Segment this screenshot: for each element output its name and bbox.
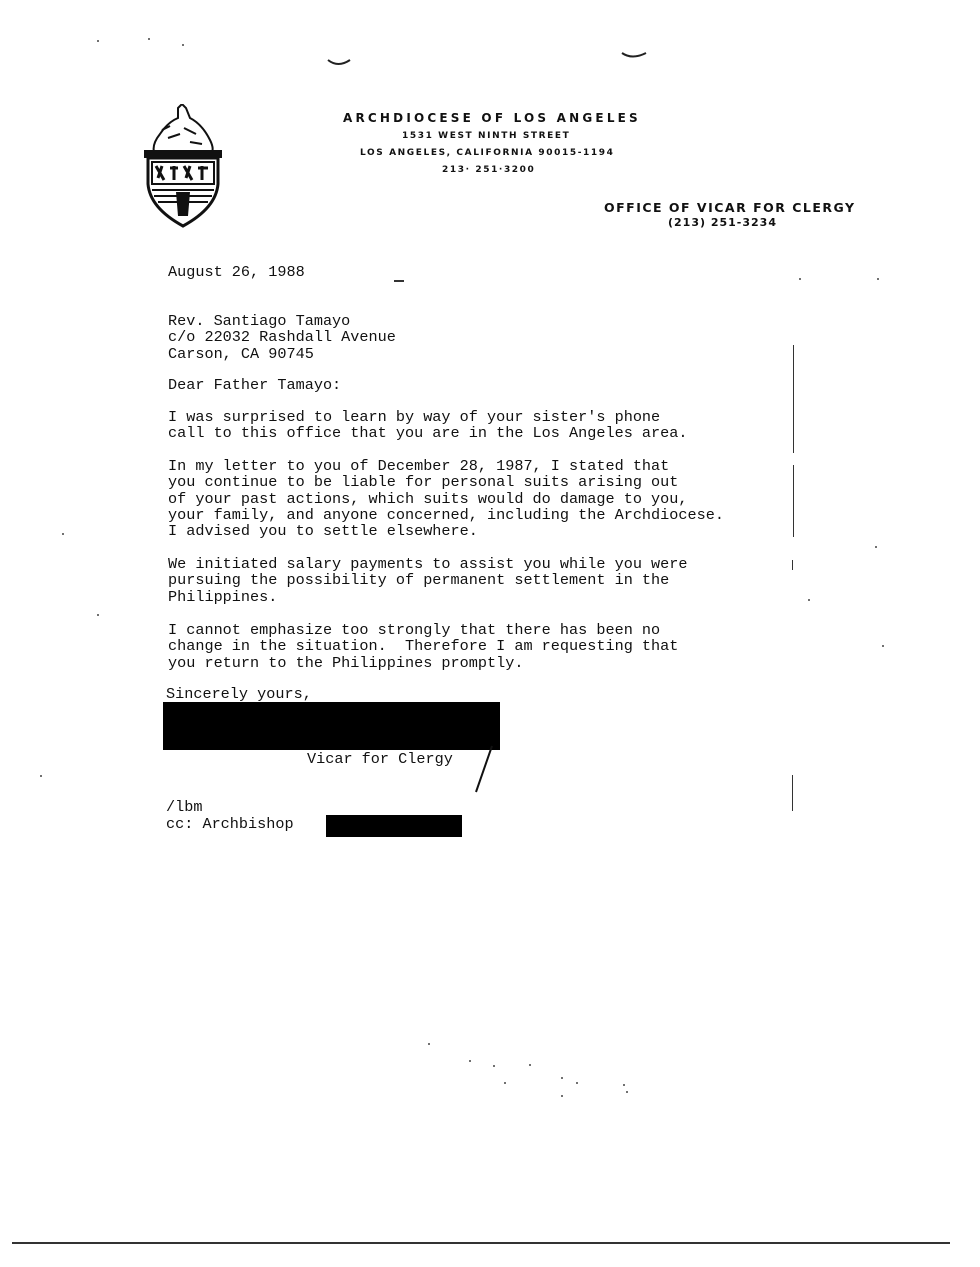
scan-speck	[428, 1043, 430, 1045]
scan-speck	[148, 38, 150, 40]
scan-speck	[97, 614, 99, 616]
paragraph-line: you return to the Philippines promptly.	[168, 655, 678, 671]
scan-speck	[877, 278, 879, 280]
office-name: OFFICE OF VICAR FOR CLERGY	[604, 200, 856, 215]
paragraph-line: In my letter to you of December 28, 1987…	[168, 458, 724, 474]
scan-speck	[40, 775, 42, 777]
scan-speck	[62, 533, 64, 535]
paragraph-line: We initiated salary payments to assist y…	[168, 556, 688, 572]
paragraph-3: We initiated salary payments to assist y…	[168, 556, 688, 605]
redacted-signature	[163, 702, 500, 750]
coat-of-arms-icon	[140, 104, 226, 228]
scan-mark	[620, 48, 650, 62]
scan-speck	[799, 278, 801, 280]
letter-date: August 26, 1988	[168, 264, 305, 280]
revision-bar	[793, 345, 794, 453]
paragraph-2: In my letter to you of December 28, 1987…	[168, 458, 724, 539]
organization-name: ARCHDIOCESE OF LOS ANGELES	[343, 111, 641, 125]
paragraph-line: your family, and anyone concerned, inclu…	[168, 507, 724, 523]
scan-speck	[623, 1084, 625, 1086]
typist-initials: /lbm	[166, 799, 202, 815]
paragraph-line: I advised you to settle elsewhere.	[168, 523, 724, 539]
office-phone: (213) 251-3234	[668, 216, 777, 229]
revision-bar	[793, 465, 794, 537]
paragraph-line: change in the situation. Therefore I am …	[168, 638, 678, 654]
scan-speck	[97, 40, 99, 42]
paragraph-line: of your past actions, which suits would …	[168, 491, 724, 507]
recipient-address: c/o 22032 Rashdall Avenue	[168, 329, 396, 345]
recipient-block: Rev. Santiago Tamayo c/o 22032 Rashdall …	[168, 313, 396, 362]
paragraph-line: I was surprised to learn by way of your …	[168, 409, 688, 425]
revision-bar	[792, 560, 793, 570]
cc-line: cc: Archbishop	[166, 816, 294, 832]
recipient-city: Carson, CA 90745	[168, 346, 396, 362]
scan-mark	[394, 280, 404, 282]
scan-speck	[469, 1060, 471, 1062]
redacted-cc-name	[326, 815, 462, 837]
recipient-name: Rev. Santiago Tamayo	[168, 313, 396, 329]
scan-speck	[882, 645, 884, 647]
scan-speck	[561, 1077, 563, 1079]
signature-stroke	[470, 744, 496, 796]
scan-speck	[561, 1095, 563, 1097]
scan-speck	[529, 1064, 531, 1066]
scan-speck	[182, 44, 184, 46]
paragraph-1: I was surprised to learn by way of your …	[168, 409, 688, 442]
page-bottom-edge	[12, 1242, 950, 1244]
paragraph-line: Philippines.	[168, 589, 688, 605]
street-address: 1531 WEST NINTH STREET	[402, 131, 570, 141]
city-address: LOS ANGELES, CALIFORNIA 90015-1194	[360, 148, 615, 158]
scan-speck	[493, 1065, 495, 1067]
paragraph-line: pursuing the possibility of permanent se…	[168, 572, 688, 588]
paragraph-4: I cannot emphasize too strongly that the…	[168, 622, 678, 671]
main-phone: 213· 251·3200	[442, 165, 535, 175]
scan-speck	[808, 599, 810, 601]
scan-speck	[626, 1091, 628, 1093]
closing: Sincerely yours,	[166, 686, 312, 702]
signer-title: Vicar for Clergy	[307, 751, 453, 767]
scan-speck	[576, 1082, 578, 1084]
paragraph-line: I cannot emphasize too strongly that the…	[168, 622, 678, 638]
salutation: Dear Father Tamayo:	[168, 377, 341, 393]
scan-mark	[326, 56, 354, 68]
revision-bar	[792, 775, 793, 811]
paragraph-line: you continue to be liable for personal s…	[168, 474, 724, 490]
paragraph-line: call to this office that you are in the …	[168, 425, 688, 441]
scan-speck	[504, 1082, 506, 1084]
scan-speck	[875, 546, 877, 548]
